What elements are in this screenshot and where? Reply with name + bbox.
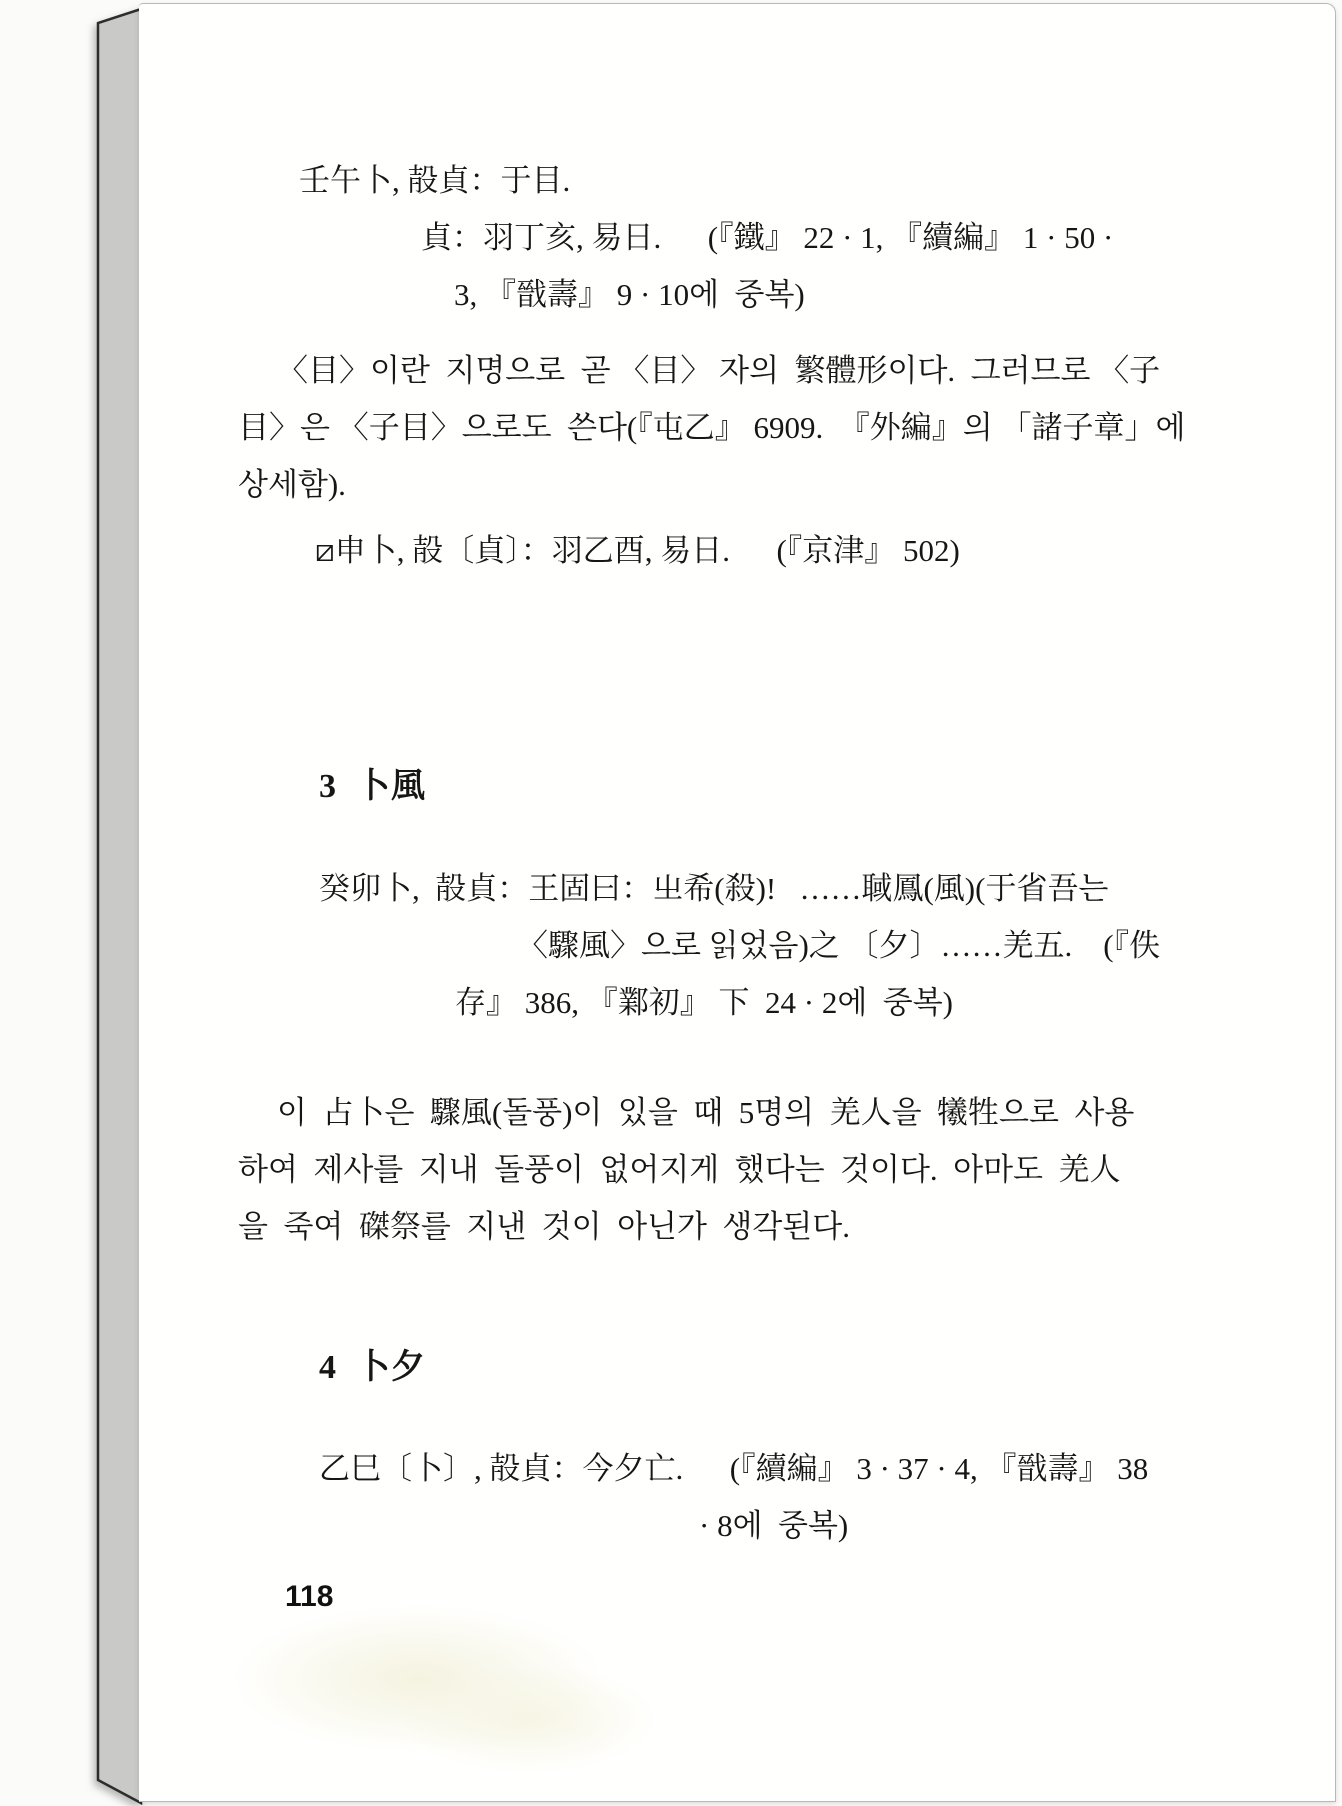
oracle-entry1-line3: 3, 『戩壽』 9 · 10에 중복) bbox=[454, 276, 805, 313]
paragraph2-line2: 하여 제사를 지내 돌풍이 없어지게 했다는 것이다. 아마도 羌人 bbox=[238, 1151, 1121, 1188]
paragraph1-line3: 상세함). bbox=[238, 466, 346, 503]
paragraph2-line3: 을 죽여 磔祭를 지낸 것이 아닌가 생각된다. bbox=[238, 1208, 850, 1245]
paragraph1-line2: 目〉은 〈子目〉으로도 쓴다(『屯乙』 6909. 『外編』의 「諸子章」에 bbox=[238, 409, 1185, 446]
paper-stain bbox=[399, 1664, 659, 1774]
oracle-entry4-line1: 乙巳〔卜〕, 㱿貞：今夕亡𡆥. (『續編』 3 · 37 · 4, 『戩壽』 3… bbox=[319, 1450, 1148, 1487]
oracle-entry3-line2: 〈驟風〉으로 읽었음)之 〔夕〕……羌五. (『佚 bbox=[517, 927, 1160, 964]
oracle-entry1-line1: 壬午卜, 㱿貞：于目. bbox=[299, 162, 570, 199]
paragraph2-line1: 이 占卜은 驟風(돌풍)이 있을 때 5명의 羌人을 犧牲으로 사용 bbox=[277, 1094, 1134, 1131]
oracle-entry3-line3: 存』 386, 『鄴初』 下 24 · 2에 중복) bbox=[455, 984, 953, 1021]
paper-stain bbox=[229, 1604, 609, 1754]
oracle-entry2-line1: ⧄申卜, 㱿〔貞〕：羽乙酉, 易日. (『京津』 502) bbox=[315, 532, 960, 569]
section-heading-3: 3 卜風 bbox=[319, 767, 426, 808]
page: 壬午卜, 㱿貞：于目. 貞：羽丁亥, 易日. (『鐵』 22 · 1, 『續編』… bbox=[139, 3, 1336, 1802]
page-number: 118 bbox=[285, 1580, 333, 1614]
oracle-entry3-line1: 癸卯卜, 㱿貞：王固曰：㞢希(殺)! ……聝鳳(風)(于省吾는 bbox=[319, 870, 1108, 907]
oracle-entry4-line2: · 8에 중복) bbox=[699, 1507, 848, 1544]
book-page-scan: 壬午卜, 㱿貞：于目. 貞：羽丁亥, 易日. (『鐵』 22 · 1, 『續編』… bbox=[0, 0, 1342, 1806]
oracle-entry1-line2: 貞：羽丁亥, 易日. (『鐵』 22 · 1, 『續編』 1 · 50 · bbox=[421, 219, 1113, 256]
section-heading-4: 4 卜夕 bbox=[319, 1348, 426, 1389]
paragraph1-line1: 〈目〉이란 지명으로 곧 〈目〉 자의 繁體形이다. 그러므로 〈子 bbox=[277, 352, 1160, 389]
